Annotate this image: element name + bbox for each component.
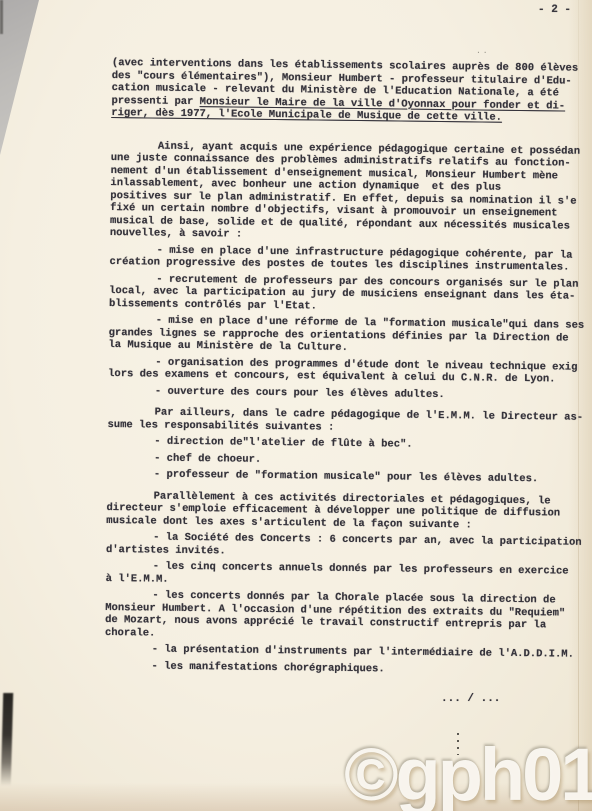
- text-line: - les manifestations chorégraphiques.: [104, 659, 582, 677]
- text-segment: - chef de choeur.: [154, 452, 261, 465]
- text-line: - chef de choeur.: [107, 451, 585, 469]
- paragraph: Parallèlement à ces activités directoria…: [106, 489, 584, 532]
- paragraph: - ouverture des cours pour les élèves ad…: [108, 384, 586, 402]
- text-segment: - les manifestations chorégraphiques.: [151, 660, 384, 675]
- text-line: - direction de"l'atelier de flûte à bec"…: [107, 435, 585, 453]
- text-segment: nouvelles, à savoir :: [110, 227, 242, 241]
- text-segment: sume les responsabilités suivantes :: [107, 418, 334, 433]
- text-segment: chorale.: [105, 626, 156, 639]
- paragraph: - la présentation d'instruments par l'in…: [105, 643, 583, 661]
- text-segment: - la présentation d'instruments par l'in…: [152, 644, 574, 661]
- text-segment: d'artistes invités.: [106, 543, 226, 556]
- paragraph: - recrutement de professeurs par des con…: [109, 272, 587, 315]
- text-segment: - professeur de "formation musicale" pou…: [154, 469, 538, 486]
- scan-speck: ..: [476, 47, 490, 56]
- paragraph: - les concerts donnés par la Chorale pla…: [105, 589, 584, 645]
- page-number: - 2 -: [538, 4, 571, 16]
- paragraph: Ainsi, ayant acquis une expérience pédag…: [110, 139, 589, 245]
- paragraph: - les manifestations chorégraphiques.: [104, 659, 582, 677]
- paragraph: - les cinq concerts annuels donnés par l…: [106, 560, 584, 591]
- scanner-corner-shadow: [0, 0, 40, 155]
- text-line: - la présentation d'instruments par l'in…: [105, 643, 583, 661]
- text-segment: la Musique au Ministère de la Culture.: [108, 339, 348, 354]
- document-body: (avec interventions dans les établisseme…: [104, 57, 589, 678]
- scan-edge-artifact-bottom: [1, 693, 13, 786]
- text-line: - ouverture des cours pour les élèves ad…: [108, 384, 586, 402]
- text-segment: pressenti par: [111, 94, 199, 107]
- text-segment: - ouverture des cours pour les élèves ad…: [155, 385, 445, 401]
- scan-edge-artifact-top: [0, 0, 3, 34]
- paragraph: (avec interventions dans les établisseme…: [111, 57, 590, 125]
- text-segment: à l'E.M.M.: [106, 572, 169, 585]
- text-segment: - direction de"l'atelier de flûte à bec"…: [154, 436, 412, 451]
- continuation-mark: ... / ...: [441, 693, 500, 705]
- scanned-page: - 2 - (avec interventions dans les établ…: [0, 0, 592, 811]
- text-line: - professeur de "formation musicale" pou…: [107, 468, 585, 486]
- paragraph: - mise en place d'une infrastructure péd…: [109, 243, 587, 274]
- text-segment: blissements contrôlés par l'Etat.: [109, 297, 317, 312]
- paragraph: - la Société des Concerts : 6 concerts p…: [106, 531, 584, 562]
- paragraph: - organisation des programmes d'étude do…: [108, 355, 586, 386]
- paragraph: - chef de choeur.: [107, 451, 585, 469]
- watermark: ©gph01: [344, 738, 592, 811]
- paragraph: - mise en place d'une réforme de la "for…: [108, 314, 586, 357]
- paragraph: - direction de"l'atelier de flûte à bec"…: [107, 435, 585, 453]
- paragraph: Par ailleurs, dans le cadre pédagogique …: [107, 406, 585, 437]
- paragraph: - professeur de "formation musicale" pou…: [107, 468, 585, 486]
